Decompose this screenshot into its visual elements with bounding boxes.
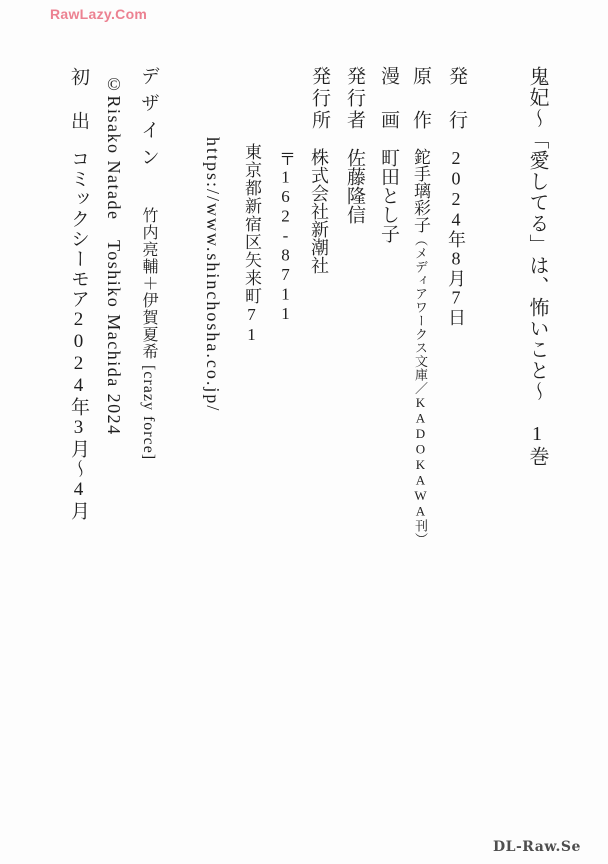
design-credit-row: デザイン竹内亮輔＋伊賀夏希 [crazy force] <box>139 66 158 460</box>
design-label: デザイン <box>139 66 158 207</box>
copyright-notice: ©Risako Natade Toshiko Machida 2024 <box>105 74 123 436</box>
first-appearance-label: 初 出 <box>69 67 88 149</box>
publisher-website-url: https://www.shinchosha.co.jp/ <box>204 137 222 412</box>
manga-artist-name: 町田とし子 <box>378 148 399 243</box>
watermark-rawlazy: RawLazy.Com <box>50 6 147 22</box>
publishing-house-row: 発行所株式会社新潮社 <box>310 66 329 274</box>
publishing-house-label: 発行所 <box>310 66 329 148</box>
original-author-name: 鉈手璃彩子 <box>411 148 430 233</box>
colophon-page: RawLazy.Com 鬼妃〜「愛してる」は、怖いこと〜 1巻 発 行2024年… <box>0 0 608 864</box>
original-story-label: 原 作 <box>411 66 430 148</box>
publisher-person-label: 発行者 <box>345 66 364 148</box>
original-imprint-note: （メディアワークス文庫／KADOKAWA刊） <box>413 233 428 546</box>
manga-artist-row: 漫 画町田とし子 <box>379 66 398 243</box>
publishing-house-name: 株式会社新潮社 <box>309 148 329 274</box>
postal-code: 〒162-8711 <box>277 150 294 324</box>
design-credit-names: 竹内亮輔＋伊賀夏希 [crazy force] <box>140 207 157 460</box>
publication-row: 発 行2024年8月7日 <box>447 66 466 327</box>
watermark-dlraw: DL-Raw.Se <box>493 839 581 855</box>
original-story-row: 原 作鉈手璃彩子（メディアワークス文庫／KADOKAWA刊） <box>411 66 430 546</box>
first-appearance-row: 初 出コミックシーモア2024年3月〜4月 <box>69 67 88 521</box>
first-appearance-value: コミックシーモア2024年3月〜4月 <box>68 149 89 521</box>
book-title: 鬼妃〜「愛してる」は、怖いこと〜 1巻 <box>527 66 547 467</box>
publisher-address: 東京都新宿区矢来町71 <box>243 143 260 345</box>
publisher-person-name: 佐藤隆信 <box>344 148 365 224</box>
publication-date: 2024年8月7日 <box>446 148 466 327</box>
publisher-person-row: 発行者佐藤隆信 <box>345 66 364 224</box>
publication-label: 発 行 <box>447 66 466 148</box>
manga-label: 漫 画 <box>379 66 398 148</box>
